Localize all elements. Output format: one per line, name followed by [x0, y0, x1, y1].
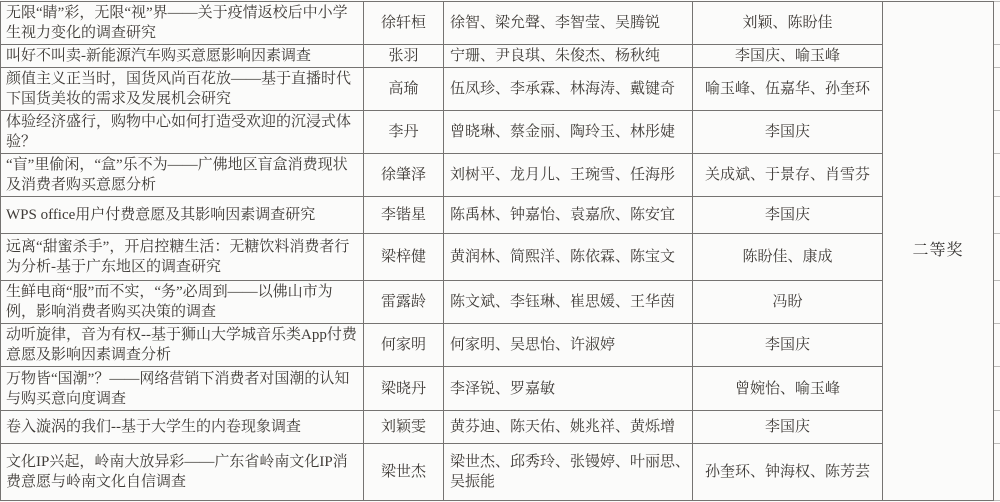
table-edge-sliver — [994, 234, 1000, 281]
advisors-cell: 曾婉怡、喻玉峰 — [693, 367, 883, 411]
leader-cell: 梁世杰 — [364, 444, 444, 501]
table-row: 文化IP兴起，岭南大放异彩——广东省岭南文化IP消费意愿与岭南文化自信调查梁世杰… — [1, 444, 1000, 501]
award-cell: 二等奖 — [883, 2, 994, 501]
members-cell: 陈禹林、钟嘉怡、袁嘉欣、陈安宜 — [444, 197, 693, 234]
table-edge-sliver — [994, 197, 1000, 234]
advisors-cell: 陈盼佳、康成 — [693, 234, 883, 281]
leader-cell: 张羽 — [364, 45, 444, 68]
leader-cell: 雷露龄 — [364, 281, 444, 324]
leader-cell: 高瑜 — [364, 68, 444, 111]
members-cell: 曾晓琳、蔡金丽、陶玲玉、林彤婕 — [444, 111, 693, 154]
table-row: 叫好不叫卖-新能源汽车购买意愿影响因素调查张羽宁珊、尹良琪、朱俊杰、杨秋纯李国庆… — [1, 45, 1000, 68]
members-cell: 黄芬迪、陈天佑、姚兆祥、黄烁增 — [444, 411, 693, 444]
project-title-cell: 文化IP兴起，岭南大放异彩——广东省岭南文化IP消费意愿与岭南文化自信调查 — [1, 444, 364, 501]
members-cell: 李泽锐、罗嘉敏 — [444, 367, 693, 411]
members-cell: 何家明、吴思怡、许淑婷 — [444, 324, 693, 367]
advisors-cell: 冯盼 — [693, 281, 883, 324]
table-row: 生鲜电商“服”而不实，“务”必周到——以佛山市为例，影响消费者购买决策的调查雷露… — [1, 281, 1000, 324]
leader-cell: 徐轩桓 — [364, 2, 444, 45]
members-cell: 徐智、梁允聲、李智莹、吴腾锐 — [444, 2, 693, 45]
table-row: 动听旋律，音为有权--基于狮山大学城音乐类App付费意愿及影响因素调查分析何家明… — [1, 324, 1000, 367]
table-edge-sliver — [994, 45, 1000, 68]
members-cell: 陈文斌、李钰琳、崔思媛、王华茵 — [444, 281, 693, 324]
project-title-cell: “盲”里偷闲，“盒”乐不为——广佛地区盲盒消费现状及消费者购买意愿分析 — [1, 154, 364, 197]
table-edge-sliver — [994, 2, 1000, 45]
leader-cell: 徐肇泽 — [364, 154, 444, 197]
members-cell: 伍凤珍、李承霖、林海涛、戴键奇 — [444, 68, 693, 111]
advisors-cell: 关成斌、于景存、肖雪芬 — [693, 154, 883, 197]
project-title-cell: 远离“甜蜜杀手”，开启控糖生活：无糖饮料消费者行为分析-基于广东地区的调查研究 — [1, 234, 364, 281]
project-title-cell: 颜值主义正当时，国货风尚百花放——基于直播时代下国货美妆的需求及发展机会研究 — [1, 68, 364, 111]
project-title-cell: 卷入漩涡的我们--基于大学生的内卷现象调查 — [1, 411, 364, 444]
advisors-cell: 李国庆、喻玉峰 — [693, 45, 883, 68]
table-edge-sliver — [994, 111, 1000, 154]
members-cell: 梁世杰、邱秀玲、张镘婷、叶丽思、吴振能 — [444, 444, 693, 501]
table-row: 体验经济盛行，购物中心如何打造受欢迎的沉浸式体验？李丹曾晓琳、蔡金丽、陶玲玉、林… — [1, 111, 1000, 154]
table-edge-sliver — [994, 324, 1000, 367]
project-title-cell: 无限“睛”彩，无限“视”界——关于疫情返校后中小学生视力变化的调查研究 — [1, 2, 364, 45]
table-edge-sliver — [994, 411, 1000, 444]
members-cell: 宁珊、尹良琪、朱俊杰、杨秋纯 — [444, 45, 693, 68]
members-cell: 刘树平、龙月儿、王琬雪、任海彤 — [444, 154, 693, 197]
leader-cell: 刘颖雯 — [364, 411, 444, 444]
table-row: WPS office用户付费意愿及其影响因素调查研究李锴星陈禹林、钟嘉怡、袁嘉欣… — [1, 197, 1000, 234]
table-row: 远离“甜蜜杀手”，开启控糖生活：无糖饮料消费者行为分析-基于广东地区的调查研究梁… — [1, 234, 1000, 281]
project-title-cell: 生鲜电商“服”而不实，“务”必周到——以佛山市为例，影响消费者购买决策的调查 — [1, 281, 364, 324]
project-title-cell: 万物皆“国潮”？——网络营销下消费者对国潮的认知与购买意向度调查 — [1, 367, 364, 411]
advisors-cell: 李国庆 — [693, 197, 883, 234]
table-row: 无限“睛”彩，无限“视”界——关于疫情返校后中小学生视力变化的调查研究徐轩桓徐智… — [1, 2, 1000, 45]
table-edge-sliver — [994, 154, 1000, 197]
advisors-cell: 李国庆 — [693, 411, 883, 444]
award-table: 无限“睛”彩，无限“视”界——关于疫情返校后中小学生视力变化的调查研究徐轩桓徐智… — [0, 1, 1000, 501]
leader-cell: 李丹 — [364, 111, 444, 154]
table-edge-sliver — [994, 281, 1000, 324]
advisors-cell: 李国庆 — [693, 111, 883, 154]
leader-cell: 梁梓健 — [364, 234, 444, 281]
project-title-cell: 叫好不叫卖-新能源汽车购买意愿影响因素调查 — [1, 45, 364, 68]
leader-cell: 梁晓丹 — [364, 367, 444, 411]
table-row: “盲”里偷闲，“盒”乐不为——广佛地区盲盒消费现状及消费者购买意愿分析徐肇泽刘树… — [1, 154, 1000, 197]
advisors-cell: 刘颖、陈盼佳 — [693, 2, 883, 45]
table-edge-sliver — [994, 444, 1000, 501]
table-edge-sliver — [994, 68, 1000, 111]
award-table-document: 无限“睛”彩，无限“视”界——关于疫情返校后中小学生视力变化的调查研究徐轩桓徐智… — [0, 0, 1000, 502]
table-row: 万物皆“国潮”？——网络营销下消费者对国潮的认知与购买意向度调查梁晓丹李泽锐、罗… — [1, 367, 1000, 411]
table-edge-sliver — [994, 367, 1000, 411]
leader-cell: 何家明 — [364, 324, 444, 367]
project-title-cell: 体验经济盛行，购物中心如何打造受欢迎的沉浸式体验？ — [1, 111, 364, 154]
project-title-cell: 动听旋律，音为有权--基于狮山大学城音乐类App付费意愿及影响因素调查分析 — [1, 324, 364, 367]
leader-cell: 李锴星 — [364, 197, 444, 234]
project-title-cell: WPS office用户付费意愿及其影响因素调查研究 — [1, 197, 364, 234]
members-cell: 黄润林、简熙洋、陈依霖、陈宝文 — [444, 234, 693, 281]
advisors-cell: 李国庆 — [693, 324, 883, 367]
advisors-cell: 喻玉峰、伍嘉华、孙奎环 — [693, 68, 883, 111]
table-row: 卷入漩涡的我们--基于大学生的内卷现象调查刘颖雯黄芬迪、陈天佑、姚兆祥、黄烁增李… — [1, 411, 1000, 444]
advisors-cell: 孙奎环、钟海权、陈芳芸 — [693, 444, 883, 501]
table-row: 颜值主义正当时，国货风尚百花放——基于直播时代下国货美妆的需求及发展机会研究高瑜… — [1, 68, 1000, 111]
